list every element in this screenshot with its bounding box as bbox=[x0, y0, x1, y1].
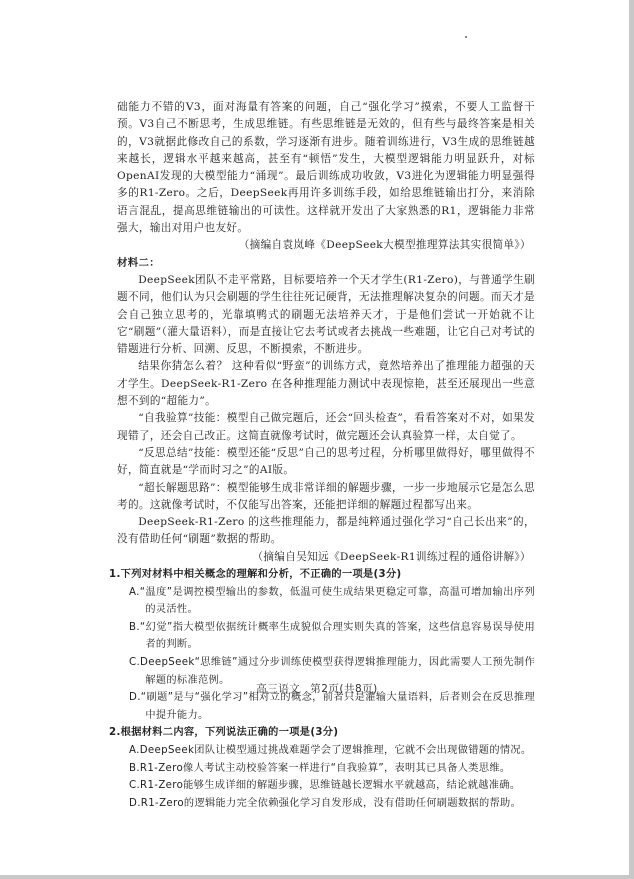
scan-speck bbox=[465, 36, 467, 38]
scan-border-bottom bbox=[0, 875, 634, 879]
footer-subject: 高三语文 bbox=[256, 683, 300, 695]
page-footer: 高三语文第2页(共8页) bbox=[0, 681, 634, 696]
material-one-tail: 础能力不错的V3，面对海量有答案的问题，自己“强化学习”摸索，不要人工监督干预。… bbox=[117, 99, 535, 255]
question-2-option-d: D.R1-Zero的逻辑能力完全依赖强化学习自发形成，没有借助任何刷题数据的帮助… bbox=[129, 795, 535, 813]
question-2-option-b: B.R1-Zero像人考试主动校验答案一样进行“自我验算”，表明其已具备人类思维… bbox=[129, 760, 535, 778]
question-stem: 2.根据材料二内容，下列说法正确的一项是(3分) bbox=[109, 724, 535, 742]
scan-border-right bbox=[629, 0, 634, 879]
exam-page: 础能力不错的V3，面对海量有答案的问题，自己“强化学习”摸索，不要人工监督干预。… bbox=[117, 99, 535, 812]
question-stem: 1.下列对材料中相关概念的理解和分析，不正确的一项是(3分) bbox=[109, 566, 535, 584]
material-two-paragraph: 结果你猜怎么着？ 这种看似“野蛮”的训练方式，竟然培养出了推理能力超强的天才学生… bbox=[117, 358, 535, 410]
material-two-source: （摘编自吴知远《DeepSeek-R1训练过程的通俗讲解》） bbox=[117, 549, 531, 566]
footer-page-number: 第2页(共8页) bbox=[310, 683, 378, 695]
material-two-paragraph: DeepSeek-R1-Zero 的这些推理能力，都是纯粹通过强化学习“自己长出… bbox=[117, 514, 535, 549]
material-two-paragraph: “自我验算”技能：模型自己做完题后，还会“回头检查”，看看答案对不对，如果发现错… bbox=[117, 410, 535, 445]
material-two-paragraph: DeepSeek团队不走平常路，目标要培养一个天才学生(R1-Zero)，与普通… bbox=[117, 272, 535, 358]
question-1: 1.下列对材料中相关概念的理解和分析，不正确的一项是(3分) A.“温度”是调控… bbox=[117, 566, 535, 724]
material-two-paragraph: “超长解题思路”：模型能够生成非常详细的解题步骤，一步一步地展示它是怎么思考的。… bbox=[117, 480, 535, 515]
material-two-heading: 材料二： bbox=[117, 255, 535, 272]
question-1-option-b: B.“幻觉”指大模型依据统计概率生成貌似合理实则失真的答案，这些信息容易误导使用… bbox=[129, 619, 535, 654]
question-2: 2.根据材料二内容，下列说法正确的一项是(3分) A.DeepSeek团队让模型… bbox=[117, 724, 535, 812]
material-two-paragraph: “反思总结”技能：模型还能“反思”自己的思考过程，分析哪里做得好，哪里做得不好，… bbox=[117, 445, 535, 480]
material-two: 材料二： DeepSeek团队不走平常路，目标要培养一个天才学生(R1-Zero… bbox=[117, 255, 535, 566]
question-1-option-a: A.“温度”是调控模型输出的参数，低温可使生成结果更稳定可靠，高温可增加输出序列… bbox=[129, 584, 535, 619]
question-2-option-c: C.R1-Zero能够生成详细的解题步骤，思维链越长逻辑水平就越高，结论就越准确… bbox=[129, 777, 535, 795]
material-one-paragraph: 础能力不错的V3，面对海量有答案的问题，自己“强化学习”摸索，不要人工监督干预。… bbox=[117, 99, 535, 237]
material-one-source: （摘编自袁岚峰《DeepSeek大模型推理算法其实很简单》） bbox=[117, 237, 531, 254]
question-2-option-a: A.DeepSeek团队让模型通过挑战难题学会了逻辑推理，它就不会出现做错题的情… bbox=[129, 742, 535, 760]
